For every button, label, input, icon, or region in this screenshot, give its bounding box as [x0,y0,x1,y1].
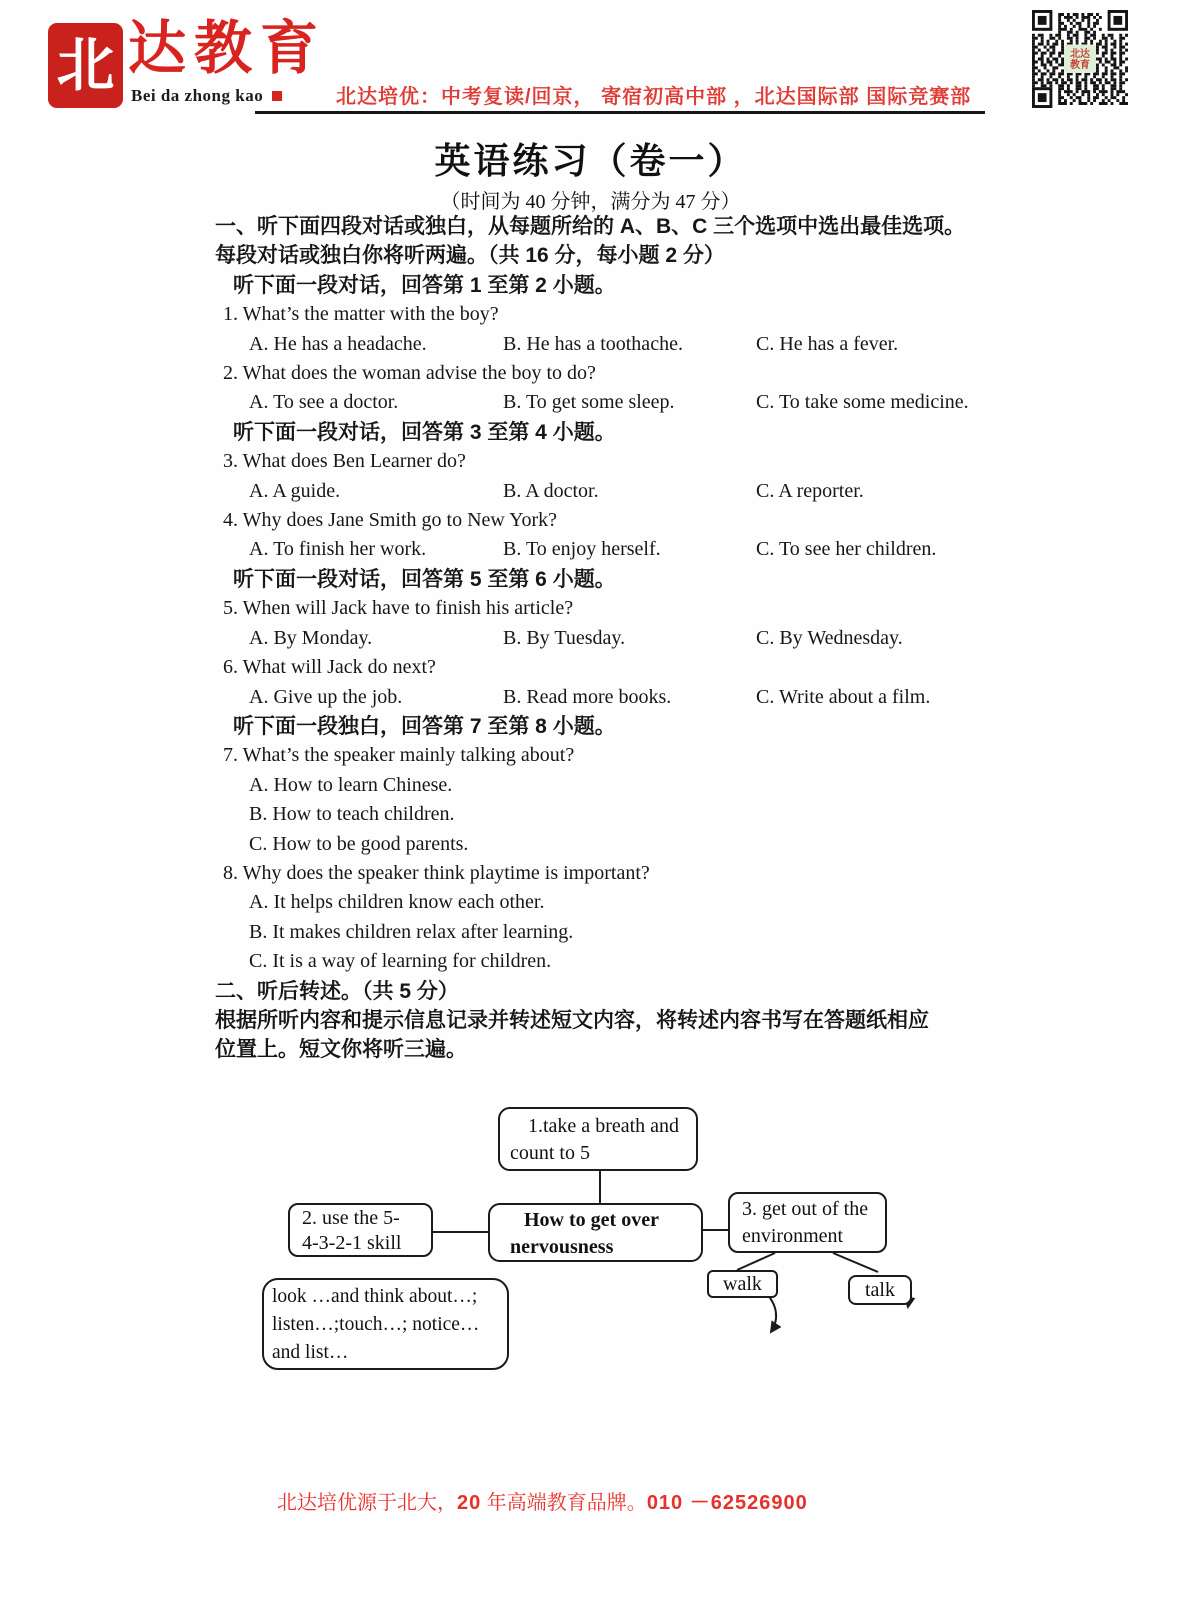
section2-body-line1: 根据所听内容和提示信息记录并转述短文内容，将转述内容书写在答题纸相应 [215,1006,1005,1035]
option-a: A. By Monday. [249,624,503,653]
diagram-box-talk: talk [848,1275,912,1305]
question-stem: 5. When will Jack have to finish his art… [215,594,1005,623]
footer-years: 20 [457,1492,481,1514]
diagram-box-walk: walk [707,1270,778,1298]
diagram-box-central-topic: How to get over nervousness [488,1203,703,1262]
section1-heading-line2: 每段对话或独白你将听两遍。（共 16 分，每小题 2 分） [215,241,1005,270]
page-subtitle: （时间为 40 分钟，满分为 47 分） [0,185,1181,214]
option-a: A. To finish her work. [249,535,503,564]
seal-character: 北 [56,37,114,95]
option-a: A. It helps children know each other. [215,888,1005,917]
option-a: A. To see a doctor. [249,388,503,417]
footer-text-1: 北达培优源于北大， [277,1492,457,1514]
qr-label-line2: 教育 [1069,58,1090,71]
diagram-box-note: look …and think about…; listen…;touch…; … [262,1278,509,1370]
option-c: C. How to be good parents. [215,830,1005,859]
options-row: A. To see a doctor. B. To get some sleep… [215,388,1005,417]
exam-body: 一、听下面四段对话或独白，从每题所给的 A、B、C 三个选项中选出最佳选项。 每… [215,212,1005,1065]
header-tagline: 北达培优：中考复读/回京， 寄宿初高中部 ，北达国际部 国际竞赛部 [336,80,971,109]
options-row: A. He has a headache. B. He has a tootha… [215,330,1005,359]
box-text: 1.take a breath and [510,1113,690,1140]
option-b: B. It makes children relax after learnin… [215,918,1005,947]
option-a: A. A guide. [249,477,503,506]
option-c: C. Write about a film. [756,683,1005,712]
options-row: A. To finish her work. B. To enjoy herse… [215,535,1005,564]
footer-phone: 010 －62526900 [647,1492,808,1514]
beida-seal-logo: 北 [48,23,123,108]
diagram-box-environment: 3. get out of the environment [728,1192,887,1253]
question-stem: 1. What’s the matter with the boy? [215,300,1005,329]
option-c: C. A reporter. [756,477,1005,506]
option-a: A. He has a headache. [249,330,503,359]
box-text: How to get over [510,1207,695,1234]
box-text: 4-3-2-1 skill [302,1231,425,1256]
question-stem: 3. What does Ben Learner do? [215,447,1005,476]
question-stem: 6. What will Jack do next? [215,653,1005,682]
header-divider [255,111,985,114]
box-text: and list… [272,1339,501,1367]
listening-instruction-4: 听下面一段独白，回答第 7 至第 8 小题。 [215,712,1005,741]
question-stem: 8. Why does the speaker think playtime i… [215,859,1005,888]
option-b: B. A doctor. [503,477,756,506]
section1-heading-line1: 一、听下面四段对话或独白，从每题所给的 A、B、C 三个选项中选出最佳选项。 [215,212,1005,241]
listening-instruction-1: 听下面一段对话，回答第 1 至第 2 小题。 [215,271,1005,300]
section2-heading: 二、听后转述。（共 5 分） [215,977,1005,1006]
box-text: listen…;touch…; notice… [272,1311,501,1339]
page-title: 英语练习（卷一） [0,133,1181,184]
option-a: A. Give up the job. [249,683,503,712]
options-row: A. By Monday. B. By Tuesday. C. By Wedne… [215,624,1005,653]
option-b: B. By Tuesday. [503,624,756,653]
red-square-bullet [272,91,282,101]
option-b: B. To get some sleep. [503,388,756,417]
option-b: B. How to teach children. [215,800,1005,829]
diagram-box-breath: 1.take a breath and count to 5 [498,1107,698,1171]
brand-subtitle: Bei da zhong kao [131,86,282,106]
option-c: C. To take some medicine. [756,388,1005,417]
box-text: look …and think about…; [272,1283,501,1311]
box-text: 2. use the 5- [302,1206,425,1231]
option-b: B. Read more books. [503,683,756,712]
qr-code: 北达 教育 [1032,10,1128,108]
brand-subtitle-text: Bei da zhong kao [131,86,263,105]
option-b: B. To enjoy herself. [503,535,756,564]
option-c: C. It is a way of learning for children. [215,947,1005,976]
options-row: A. Give up the job. B. Read more books. … [215,683,1005,712]
listening-instruction-2: 听下面一段对话，回答第 3 至第 4 小题。 [215,418,1005,447]
brand-name: 达教育 [128,20,326,78]
option-c: C. By Wednesday. [756,624,1005,653]
box-text: 3. get out of the [742,1196,881,1223]
option-b: B. He has a toothache. [503,330,756,359]
box-text: nervousness [510,1234,695,1261]
page: 北 达教育 Bei da zhong kao 北达培优：中考复读/回京， 寄宿初… [0,0,1181,1606]
diagram-box-skill: 2. use the 5- 4-3-2-1 skill [288,1203,433,1257]
footer-text-2: 年高端教育品牌。 [481,1492,647,1514]
option-c: C. To see her children. [756,535,1005,564]
box-text: environment [742,1223,881,1250]
question-stem: 7. What’s the speaker mainly talking abo… [215,741,1005,770]
qr-label-line1: 北达 [1070,47,1090,60]
option-c: C. He has a fever. [756,330,1005,359]
box-text: count to 5 [510,1140,690,1167]
footer-slogan: 北达培优源于北大，20 年高端教育品牌。010 －62526900 [277,1486,808,1515]
options-row: A. A guide. B. A doctor. C. A reporter. [215,477,1005,506]
question-stem: 2. What does the woman advise the boy to… [215,359,1005,388]
listening-instruction-3: 听下面一段对话，回答第 5 至第 6 小题。 [215,565,1005,594]
question-stem: 4. Why does Jane Smith go to New York? [215,506,1005,535]
section2-body-line2: 位置上。短文你将听三遍。 [215,1035,1005,1064]
option-a: A. How to learn Chinese. [215,771,1005,800]
